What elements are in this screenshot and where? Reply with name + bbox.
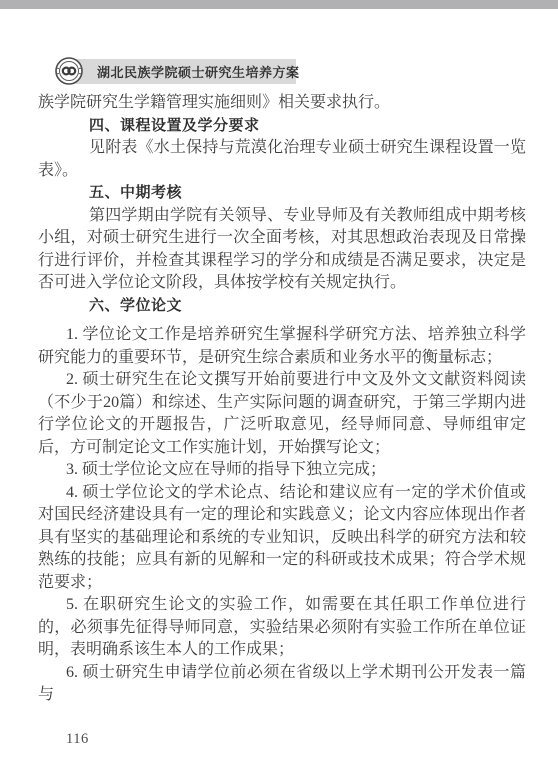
header-title: 湖北民族学院硕士研究生培养方案 [97, 62, 300, 81]
thesis-item-1: 1. 学位论文工作是培养研究生掌握科学研究方法、培养独立科学研究能力的重要环节，… [38, 324, 526, 369]
section-6-items: 1. 学位论文工作是培养研究生掌握科学研究方法、培养独立科学研究能力的重要环节，… [38, 324, 526, 707]
university-seal-icon [55, 57, 83, 85]
thesis-item-3: 3. 硕士学位论文应在导师的指导下独立完成； [38, 459, 526, 482]
thesis-item-6: 6. 硕士研究生申请学位前必须在省级以上学术期刊公开发表一篇与 [38, 662, 526, 707]
continuation-line: 族学院研究生学籍管理实施细则》相关要求执行。 [38, 92, 526, 115]
page-number: 116 [66, 731, 89, 748]
section-heading-6: 六、学位论文 [38, 295, 526, 318]
thesis-item-4: 4. 硕士学位论文的学术论点、结论和建议应有一定的学术价值或对国民经济建设具有一… [38, 482, 526, 595]
section-heading-4: 四、课程设置及学分要求 [38, 115, 526, 138]
thesis-item-5: 5. 在职研究生论文的实验工作，如需要在其任职工作单位进行的，必须事先征得导师同… [38, 594, 526, 662]
thesis-item-2: 2. 硕士研究生在论文撰写开始前要进行中文及外文文献资料阅读（不少于20篇）和综… [38, 369, 526, 459]
section-5-paragraph: 第四学期由学院有关领导、专业导师及有关教师组成中期考核小组，对硕士研究生进行一次… [38, 205, 526, 295]
scan-top-strip [0, 0, 558, 9]
running-header: 湖北民族学院硕士研究生培养方案 [55, 56, 300, 86]
section-heading-5: 五、中期考核 [38, 182, 526, 205]
page-body-text: 族学院研究生学籍管理实施细则》相关要求执行。 四、课程设置及学分要求 见附表《水… [38, 92, 526, 707]
section-4-paragraph: 见附表《水土保持与荒漠化治理专业硕士研究生课程设置一览表》。 [38, 137, 526, 182]
